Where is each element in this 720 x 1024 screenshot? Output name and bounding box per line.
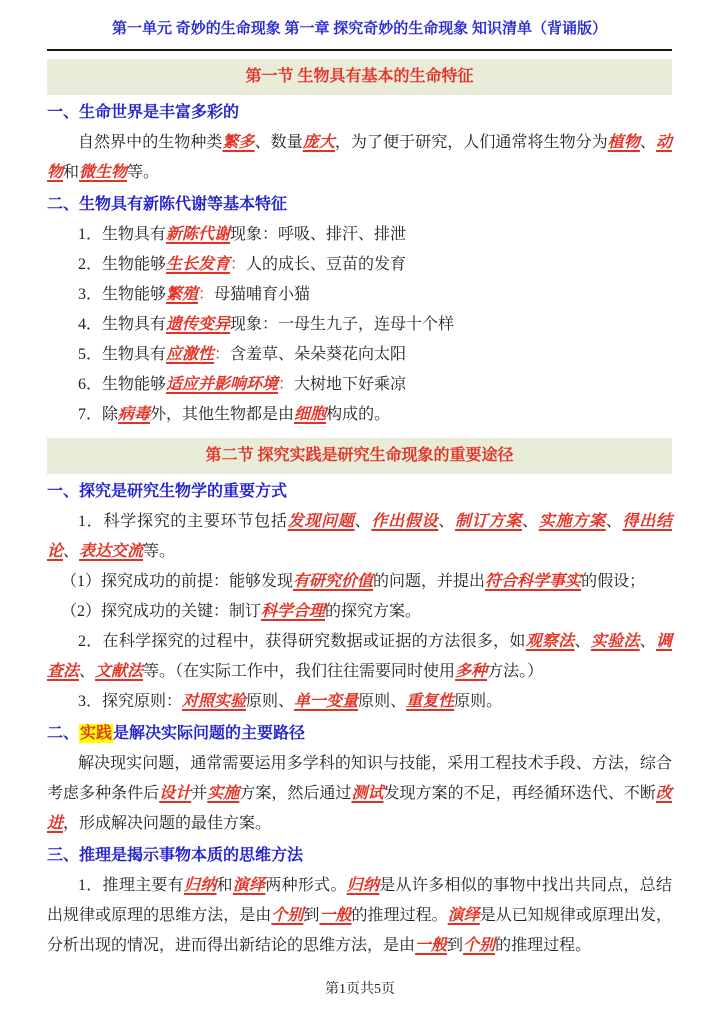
key-term: 新陈代谢: [166, 226, 230, 243]
key-term: 演绎: [448, 907, 480, 924]
key-term: 单一变量: [294, 693, 358, 710]
key-term: 一般: [319, 907, 351, 924]
key-term: 植物: [608, 134, 640, 151]
sub-heading: 一、探究是研究生物学的重要方式: [47, 477, 672, 507]
paragraph: 6．生物能够适应并影响环境：大树地下好乘凉: [47, 370, 672, 400]
key-term: 实施方案: [539, 513, 606, 530]
key-term: 微生物: [79, 164, 127, 181]
key-term: 观察法: [526, 633, 575, 650]
sub-heading: 二、生物具有新陈代谢等基本特征: [47, 190, 672, 220]
sub-heading: 三、推理是揭示事物本质的思维方法: [47, 841, 672, 871]
paragraph: 3．探究原则：对照实验原则、单一变量原则、重复性原则。: [47, 687, 672, 717]
paragraph: 5．生物具有应激性：含羞草、朵朵葵花向太阳: [47, 340, 672, 370]
key-term: 文献法: [95, 663, 143, 680]
key-term: 应激性: [166, 346, 214, 363]
key-term-colon: ：: [278, 376, 294, 393]
highlighted-term: 实践: [79, 724, 113, 743]
key-term-colon: ：: [230, 256, 246, 273]
document-content: 第一单元 奇妙的生命现象 第一章 探究奇妙的生命现象 知识清单（背诵版） 第一节…: [47, 14, 672, 961]
sub-paragraph: （2）探究成功的关键：制订科学合理的探究方案。: [47, 597, 672, 627]
key-term: 多种: [455, 663, 487, 680]
key-term: 庞大: [303, 134, 335, 151]
paragraph: 1．科学探究的主要环节包括发现问题、作出假设、制订方案、实施方案、得出结论、表达…: [47, 507, 672, 567]
paragraph: 2．在科学探究的过程中，获得研究数据或证据的方法很多，如观察法、实验法、调查法、…: [47, 627, 672, 687]
key-term: 表达交流: [79, 543, 143, 560]
key-term: 个别: [463, 937, 495, 954]
key-term: 生长发育: [166, 256, 230, 273]
key-term: 遗传变异: [166, 316, 230, 333]
paragraph: 3．生物能够繁殖：母猫哺育小猫: [47, 280, 672, 310]
key-term: 归纳: [184, 877, 217, 894]
key-term: 发现问题: [288, 513, 355, 530]
paragraph: 自然界中的生物种类繁多、数量庞大，为了便于研究，人们通常将生物分为植物、动物和微…: [47, 128, 672, 188]
key-term: 个别: [271, 907, 303, 924]
title-divider: [47, 49, 672, 51]
paragraph: 7．除病毒外，其他生物都是由细胞构成的。: [47, 400, 672, 430]
key-term: 实验法: [591, 633, 640, 650]
paragraph: 1．生物具有新陈代谢现象：呼吸、排汗、排泄: [47, 220, 672, 250]
key-term: 病毒: [118, 406, 150, 423]
key-term: 一般: [415, 937, 447, 954]
key-term: 实施: [207, 785, 239, 802]
key-term: 重复性: [406, 693, 454, 710]
section-band: 第一节 生物具有基本的生命特征: [47, 59, 672, 95]
document-page: 第一单元 奇妙的生命现象 第一章 探究奇妙的生命现象 知识清单（背诵版） 第一节…: [0, 0, 720, 1024]
key-term: 设计: [159, 785, 191, 802]
paragraph: 2．生物能够生长发育：人的成长、豆苗的发育: [47, 250, 672, 280]
paragraph: 4．生物具有遗传变异现象：一母生九子，连母十个样: [47, 310, 672, 340]
document-title: 第一单元 奇妙的生命现象 第一章 探究奇妙的生命现象 知识清单（背诵版）: [47, 14, 672, 40]
key-term: 归纳: [347, 877, 380, 894]
section-band: 第二节 探究实践是研究生命现象的重要途径: [47, 438, 672, 474]
key-term: 作出假设: [371, 513, 438, 530]
key-term: 测试: [351, 785, 383, 802]
key-term: 对照实验: [182, 693, 246, 710]
key-term-colon: ：: [214, 346, 230, 363]
page-number: 第1页共5页: [0, 978, 720, 998]
key-term: 科学合理: [261, 603, 325, 620]
key-term: 繁殖: [166, 286, 198, 303]
sub-heading: 一、生命世界是丰富多彩的: [47, 98, 672, 128]
sub-paragraph: （1）探究成功的前提：能够发现有研究价值的问题，并提出符合科学事实的假设；: [47, 567, 672, 597]
document-body: 第一节 生物具有基本的生命特征一、生命世界是丰富多彩的自然界中的生物种类繁多、数…: [47, 59, 672, 961]
key-term: 有研究价值: [293, 573, 373, 590]
paragraph: 解决现实问题，通常需要运用多学科的知识与技能，采用工程技术手段、方法，综合考虑多…: [47, 749, 672, 839]
paragraph: 1．推理主要有归纳和演绎两种形式。归纳是从许多相似的事物中找出共同点，总结出规律…: [47, 871, 672, 961]
sub-heading: 二、实践是解决实际问题的主要路径: [47, 719, 672, 749]
key-term: 细胞: [294, 406, 326, 423]
key-term-colon: ：: [198, 286, 214, 303]
key-term: 演绎: [233, 877, 266, 894]
key-term: 符合科学事实: [485, 573, 581, 590]
key-term: 适应并影响环境: [166, 376, 278, 393]
key-term: 繁多: [222, 134, 254, 151]
key-term: 制订方案: [455, 513, 522, 530]
